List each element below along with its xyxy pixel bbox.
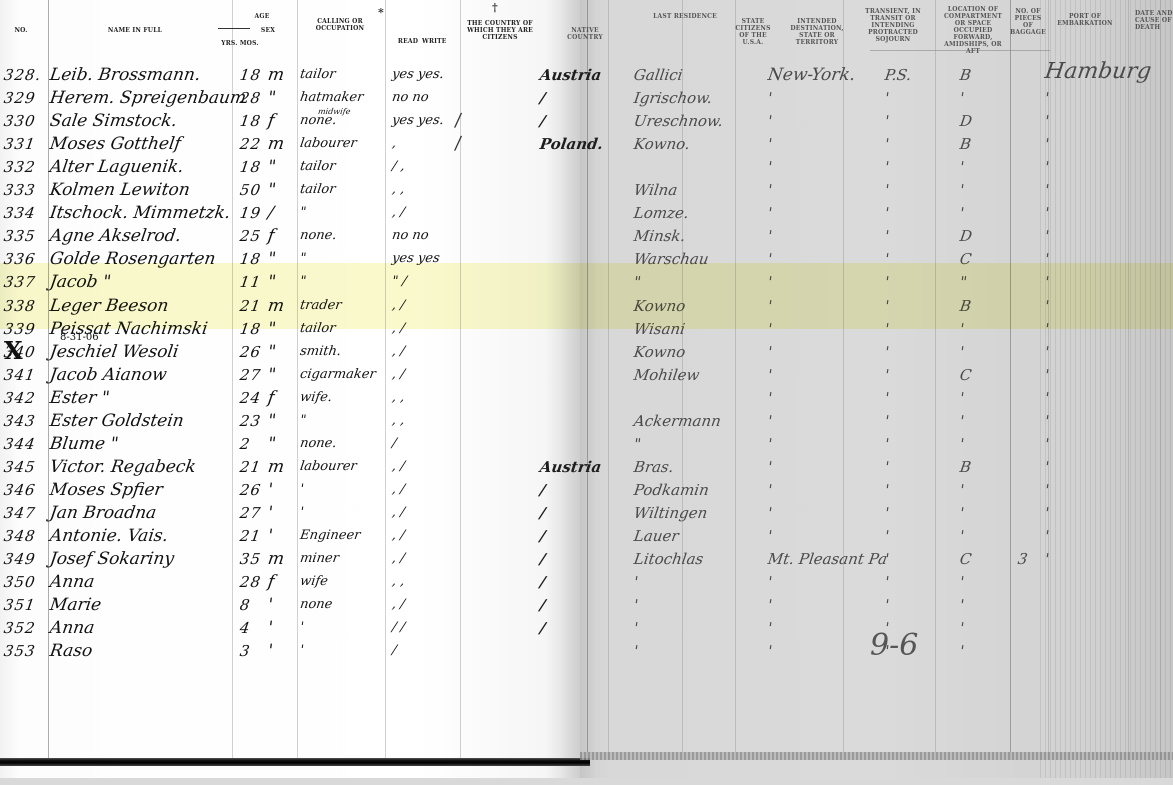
header-write: Write — [422, 38, 446, 45]
occupation: tailor — [298, 156, 336, 178]
passenger-name: Itschock. Mimmetzk. — [48, 202, 231, 224]
row-number: 350 — [2, 571, 37, 593]
passenger-name: Alter Laguenik. — [48, 156, 185, 178]
citizenship: / — [453, 133, 462, 155]
table-row: 347Jan Broadna27'', //Wiltingen'''' — [0, 502, 1173, 524]
last-residence: ' — [632, 571, 639, 593]
transient: ' — [883, 202, 890, 224]
row-number: 330 — [2, 110, 37, 132]
port-of-embarkation: ' — [1043, 502, 1050, 524]
occupation: labourer — [298, 456, 358, 478]
port-of-embarkation: ' — [1043, 202, 1050, 224]
intended-destination: ' — [766, 387, 773, 409]
compartment-location: ' — [958, 433, 965, 455]
passenger-name: Marie — [48, 594, 102, 616]
compartment-location: ' — [958, 617, 965, 639]
last-residence: ' — [632, 640, 639, 662]
page-bottom-edge-right — [580, 752, 1173, 760]
occupation: ' — [298, 479, 305, 501]
passenger-name: Agne Akselrod. — [48, 225, 182, 247]
last-residence: Podkamin — [632, 479, 710, 501]
row-339-x-mark: X — [4, 336, 23, 365]
header-age: Age — [232, 13, 292, 20]
sex: m — [266, 456, 285, 478]
last-residence: Kowno — [632, 341, 686, 363]
age: 3 — [238, 640, 252, 662]
table-row: 332Alter Laguenik.18"tailor/ ,'''' — [0, 156, 1173, 178]
port-of-embarkation: ' — [1043, 341, 1050, 363]
read-write: , / — [390, 479, 406, 501]
table-row: 329Herem. Spreigenbaum28"hatmakerno no/I… — [0, 87, 1173, 109]
row-highlight — [0, 263, 1173, 329]
age: 27 — [238, 364, 262, 386]
port-of-embarkation: ' — [1043, 456, 1050, 478]
passenger-name: Raso — [48, 640, 93, 662]
row-339-date-note: 8-31-06 — [60, 332, 99, 343]
read-write: / — [390, 640, 397, 662]
age: 26 — [238, 341, 262, 363]
transient: ' — [883, 433, 890, 455]
last-residence: Gallici — [632, 64, 684, 86]
compartment-location: C — [958, 364, 973, 386]
age: 19 — [238, 202, 262, 224]
header-native-country: Native Country — [560, 27, 610, 41]
intended-destination: ' — [766, 341, 773, 363]
page-bottom-edge — [0, 758, 590, 766]
compartment-location: B — [958, 64, 972, 86]
passenger-name: Victor. Regabeck — [48, 456, 197, 478]
row-number: 335 — [2, 225, 37, 247]
occupation: miner — [298, 548, 340, 570]
sex: " — [266, 433, 277, 455]
sex: " — [266, 156, 277, 178]
passenger-name: Jacob Aianow — [48, 364, 168, 386]
compartment-location: ' — [958, 179, 965, 201]
age: 2 — [238, 433, 252, 455]
table-row: 335Agne Akselrod.25fnone.no noMinsk.''D' — [0, 225, 1173, 247]
table-row: 345Victor. Regabeck21mlabourer, /Austria… — [0, 456, 1173, 478]
compartment-location: ' — [958, 525, 965, 547]
row-number: 353 — [2, 640, 37, 662]
age: 23 — [238, 410, 262, 432]
last-residence: Mohilew — [632, 364, 700, 386]
age: 22 — [238, 133, 262, 155]
sex: ' — [266, 594, 274, 616]
occupation: ' — [298, 502, 305, 524]
passenger-name: Herem. Spreigenbaum — [48, 87, 247, 109]
native-country: Austria — [538, 456, 602, 478]
row-number: 341 — [2, 364, 37, 386]
intended-destination: ' — [766, 179, 773, 201]
transient: ' — [883, 387, 890, 409]
table-row: 343Ester Goldstein23"", ,Ackermann'''' — [0, 410, 1173, 432]
last-residence: ' — [632, 617, 639, 639]
port-of-embarkation: ' — [1043, 156, 1050, 178]
age: 28 — [238, 571, 262, 593]
sex: " — [266, 341, 277, 363]
compartment-location: ' — [958, 479, 965, 501]
last-residence: Lauer — [632, 525, 680, 547]
port-of-embarkation: ' — [1043, 110, 1050, 132]
occupation: cigarmaker — [298, 364, 377, 386]
intended-destination: Mt. Pleasant Pa — [766, 548, 888, 570]
occupation: labourer — [298, 133, 358, 155]
read-write: no no — [390, 87, 430, 109]
table-row: 334Itschock. Mimmetzk.19/", /Lomze.'''' — [0, 202, 1173, 224]
read-write: , / — [390, 502, 406, 524]
compartment-location: B — [958, 456, 972, 478]
header-location: Location of Compartment or Space Occupie… — [938, 6, 1008, 55]
last-residence: Ackermann — [632, 410, 722, 432]
native-country: / — [538, 502, 547, 524]
intended-destination: ' — [766, 479, 773, 501]
passenger-name: Moses Spfier — [48, 479, 164, 501]
age: 4 — [238, 617, 252, 639]
occupation: none — [298, 594, 333, 616]
read-write: , / — [390, 341, 406, 363]
intended-destination: ' — [766, 410, 773, 432]
passenger-name: Josef Sokariny — [48, 548, 175, 570]
header-name: Name in Full — [95, 27, 175, 34]
compartment-location: ' — [958, 156, 965, 178]
compartment-location: B — [958, 133, 972, 155]
read-write: , , — [390, 410, 405, 432]
occupation: none. — [298, 433, 337, 455]
table-row: 348Antonie. Vais.21'Engineer, //Lauer'''… — [0, 525, 1173, 547]
compartment-location: ' — [958, 571, 965, 593]
table-row: 353Raso3''/'''' — [0, 640, 1173, 662]
occupation: " — [298, 202, 307, 224]
sex: m — [266, 64, 285, 86]
row-number: 331 — [2, 133, 37, 155]
sex: m — [266, 133, 285, 155]
table-row: 330Sale Simstock.18fnone.yes yes.//Uresc… — [0, 110, 1173, 132]
occupation: wife. — [298, 387, 333, 409]
transient: ' — [883, 225, 890, 247]
transient: ' — [883, 410, 890, 432]
intended-destination: ' — [766, 617, 773, 639]
header-no: No. — [6, 27, 36, 34]
read-write: yes yes. — [390, 64, 445, 86]
occupation: wife — [298, 571, 329, 593]
baggage-count: 3 — [1016, 548, 1029, 570]
occupation: tailor — [298, 64, 336, 86]
age: 50 — [238, 179, 262, 201]
port-of-embarkation: ' — [1043, 87, 1050, 109]
read-write: / — [390, 433, 397, 455]
read-write: no no — [390, 225, 430, 247]
passenger-name: Jeschiel Wesoli — [48, 341, 179, 363]
read-write: , / — [390, 525, 406, 547]
age: 28 — [238, 87, 262, 109]
compartment-location: D — [958, 225, 973, 247]
intended-destination: ' — [766, 640, 773, 662]
port-of-embarkation: ' — [1043, 410, 1050, 432]
compartment-location: ' — [958, 640, 965, 662]
compartment-location: C — [958, 548, 973, 570]
age: 25 — [238, 225, 262, 247]
table-row: 328.Leib. Brossmann.18mtailoryes yes.Aus… — [0, 64, 1173, 86]
occupation: " — [298, 410, 307, 432]
port-of-embarkation: ' — [1043, 225, 1050, 247]
last-residence: Igrischow. — [632, 87, 713, 109]
row-number: 344 — [2, 433, 37, 455]
transient: P.S. — [883, 64, 912, 86]
port-of-embarkation: ' — [1043, 364, 1050, 386]
intended-destination: ' — [766, 456, 773, 478]
compartment-location: ' — [958, 502, 965, 524]
transient: ' — [883, 133, 890, 155]
row-number: 347 — [2, 502, 37, 524]
header-baggage: No. of Pieces of Baggage — [1010, 8, 1046, 36]
sex: ' — [266, 479, 274, 501]
page-note: 9-6 — [870, 628, 918, 663]
passenger-name: Blume " — [48, 433, 119, 455]
intended-destination: ' — [766, 571, 773, 593]
header-transient: Transient, in Transit or Intending Protr… — [858, 8, 928, 43]
transient: ' — [883, 571, 890, 593]
age: 24 — [238, 387, 262, 409]
native-country: Poland. — [538, 133, 604, 155]
sex: / — [266, 202, 275, 224]
passenger-name: Ester Goldstein — [48, 410, 185, 432]
last-residence: Litochlas — [632, 548, 704, 570]
row-number: 348 — [2, 525, 37, 547]
transient: ' — [883, 87, 890, 109]
intended-destination: ' — [766, 525, 773, 547]
last-residence: ' — [632, 594, 639, 616]
sex: ' — [266, 525, 274, 547]
read-write: , — [390, 133, 397, 155]
sex: " — [266, 410, 277, 432]
occupation: ' — [298, 640, 305, 662]
age: 21 — [238, 525, 262, 547]
citizenship-footnote-mark: † — [492, 1, 498, 14]
native-country: / — [538, 617, 547, 639]
scan-margin — [0, 778, 1173, 785]
compartment-location: ' — [958, 341, 965, 363]
table-row: 342Ester "24fwife., ,'''' — [0, 387, 1173, 409]
read-write: yes yes. — [390, 110, 445, 132]
sex: ' — [266, 502, 274, 524]
native-country: / — [538, 479, 547, 501]
passenger-name: Sale Simstock. — [48, 110, 178, 132]
port-of-embarkation: ' — [1043, 133, 1050, 155]
transient: ' — [883, 456, 890, 478]
citizenship: / — [453, 110, 462, 132]
native-country: / — [538, 548, 547, 570]
sex: " — [266, 87, 277, 109]
table-row: 341Jacob Aianow27"cigarmaker, /Mohilew''… — [0, 364, 1173, 386]
header-port: Port of Embarkation — [1050, 13, 1120, 27]
row-number: 345 — [2, 456, 37, 478]
sex: ' — [266, 640, 274, 662]
header-read: Read — [396, 38, 420, 45]
last-residence: Wilna — [632, 179, 678, 201]
last-residence: " — [632, 433, 642, 455]
table-row: 350Anna28fwife, ,/'''' — [0, 571, 1173, 593]
transient: ' — [883, 341, 890, 363]
native-country: Austria — [538, 64, 602, 86]
read-write: , / — [390, 456, 406, 478]
age: 18 — [238, 156, 262, 178]
passenger-name: Ester " — [48, 387, 110, 409]
sex: f — [266, 571, 275, 593]
row-number: 328. — [2, 64, 42, 86]
transient: ' — [883, 179, 890, 201]
intended-destination: ' — [766, 433, 773, 455]
compartment-location: ' — [958, 387, 965, 409]
occupation: smith. — [298, 341, 342, 363]
row-number: 349 — [2, 548, 37, 570]
transient: ' — [883, 479, 890, 501]
read-write: , , — [390, 179, 405, 201]
read-write: / , — [390, 156, 406, 178]
passenger-name: Leib. Brossmann. — [48, 64, 201, 86]
row-number: 333 — [2, 179, 37, 201]
header-sex: Sex — [258, 27, 278, 34]
passenger-name: Antonie. Vais. — [48, 525, 169, 547]
intended-destination: ' — [766, 110, 773, 132]
read-write: , / — [390, 364, 406, 386]
compartment-location: D — [958, 110, 973, 132]
sex: " — [266, 179, 277, 201]
row-number: 332 — [2, 156, 37, 178]
sex: f — [266, 225, 275, 247]
port-of-embarkation: ' — [1043, 433, 1050, 455]
row-number: 329 — [2, 87, 37, 109]
age: 8 — [238, 594, 252, 616]
intended-destination: ' — [766, 364, 773, 386]
passenger-name: Anna — [48, 617, 95, 639]
intended-destination: New-York. — [766, 64, 856, 86]
native-country: / — [538, 110, 547, 132]
header-destination: Intended Destination, State or Territory — [782, 18, 852, 46]
occupation: none. — [298, 225, 337, 247]
header-age-sub: Yrs. Mos. — [210, 40, 270, 47]
read-write: , , — [390, 571, 405, 593]
native-country: / — [538, 525, 547, 547]
table-row: 333Kolmen Lewiton50"tailor, ,Wilna'''' — [0, 179, 1173, 201]
port-of-embarkation: ' — [1043, 179, 1050, 201]
last-residence: Kowno. — [632, 133, 691, 155]
transient: ' — [883, 110, 890, 132]
passenger-name: Moses Gotthelf — [48, 133, 182, 155]
sex: m — [266, 548, 285, 570]
occupation: tailor — [298, 179, 336, 201]
transient: ' — [883, 525, 890, 547]
compartment-location: ' — [958, 87, 965, 109]
literacy-footnote-mark: * — [378, 6, 384, 19]
passenger-name: Anna — [48, 571, 95, 593]
compartment-location: ' — [958, 410, 965, 432]
header-death: Date and Cause of Death — [1135, 10, 1173, 31]
header-last-residence: Last Residence — [650, 13, 720, 20]
header-state-citizens: State Citizens of the U.S.A. — [733, 18, 773, 46]
passenger-name: Kolmen Lewiton — [48, 179, 191, 201]
read-write: , , — [390, 387, 405, 409]
table-row: 346Moses Spfier26'', //Podkamin'''' — [0, 479, 1173, 501]
last-residence: Lomze. — [632, 202, 690, 224]
read-write: , / — [390, 594, 406, 616]
port-of-embarkation: ' — [1043, 387, 1050, 409]
native-country: / — [538, 594, 547, 616]
compartment-location: ' — [958, 202, 965, 224]
transient: ' — [883, 502, 890, 524]
sex: " — [266, 364, 277, 386]
native-country: / — [538, 571, 547, 593]
age: 35 — [238, 548, 262, 570]
last-residence: Bras. — [632, 456, 675, 478]
read-write: / / — [390, 617, 406, 639]
transient: ' — [883, 364, 890, 386]
age: 21 — [238, 456, 262, 478]
age: 27 — [238, 502, 262, 524]
read-write: , / — [390, 202, 406, 224]
age: 18 — [238, 110, 262, 132]
transient: ' — [883, 594, 890, 616]
table-row: 349Josef Sokariny35mminer, //LitochlasMt… — [0, 548, 1173, 570]
age-divider — [218, 28, 250, 29]
table-row: 344Blume "2"none./"'''' — [0, 433, 1173, 455]
row-number: 351 — [2, 594, 37, 616]
intended-destination: ' — [766, 502, 773, 524]
port-of-embarkation: Hamburg — [1043, 61, 1152, 83]
port-of-embarkation: ' — [1043, 548, 1050, 570]
table-row: 351Marie8'none, //'''' — [0, 594, 1173, 616]
header-occupation: Calling or Occupation — [300, 18, 380, 32]
port-of-embarkation: ' — [1043, 479, 1050, 501]
age: 26 — [238, 479, 262, 501]
read-write: , / — [390, 548, 406, 570]
transient: ' — [883, 156, 890, 178]
row-number: 342 — [2, 387, 37, 409]
last-residence: Ureschnow. — [632, 110, 724, 132]
occupation: Engineer — [298, 525, 361, 547]
occupation-note: midwife — [316, 101, 351, 123]
sex: f — [266, 387, 275, 409]
last-residence: Minsk. — [632, 225, 686, 247]
intended-destination: ' — [766, 594, 773, 616]
header-citizenship: The Country of which they are Citizens — [460, 20, 540, 41]
compartment-location: ' — [958, 594, 965, 616]
row-number: 343 — [2, 410, 37, 432]
intended-destination: ' — [766, 156, 773, 178]
last-residence: Wiltingen — [632, 502, 708, 524]
age: 18 — [238, 64, 262, 86]
native-country: / — [538, 87, 547, 109]
sex: ' — [266, 617, 274, 639]
intended-destination: ' — [766, 225, 773, 247]
row-number: 346 — [2, 479, 37, 501]
row-number: 334 — [2, 202, 37, 224]
port-of-embarkation: ' — [1043, 525, 1050, 547]
table-row: 352Anna4''/ //'''' — [0, 617, 1173, 639]
sex: f — [266, 110, 275, 132]
table-row: 340Jeschiel Wesoli26"smith., /Kowno'''' — [0, 341, 1173, 363]
row-number: 352 — [2, 617, 37, 639]
table-row: 331Moses Gotthelf22mlabourer,/Poland.Kow… — [0, 133, 1173, 155]
intended-destination: ' — [766, 202, 773, 224]
intended-destination: ' — [766, 133, 773, 155]
passenger-name: Jan Broadna — [48, 502, 157, 524]
occupation: ' — [298, 617, 305, 639]
intended-destination: ' — [766, 87, 773, 109]
